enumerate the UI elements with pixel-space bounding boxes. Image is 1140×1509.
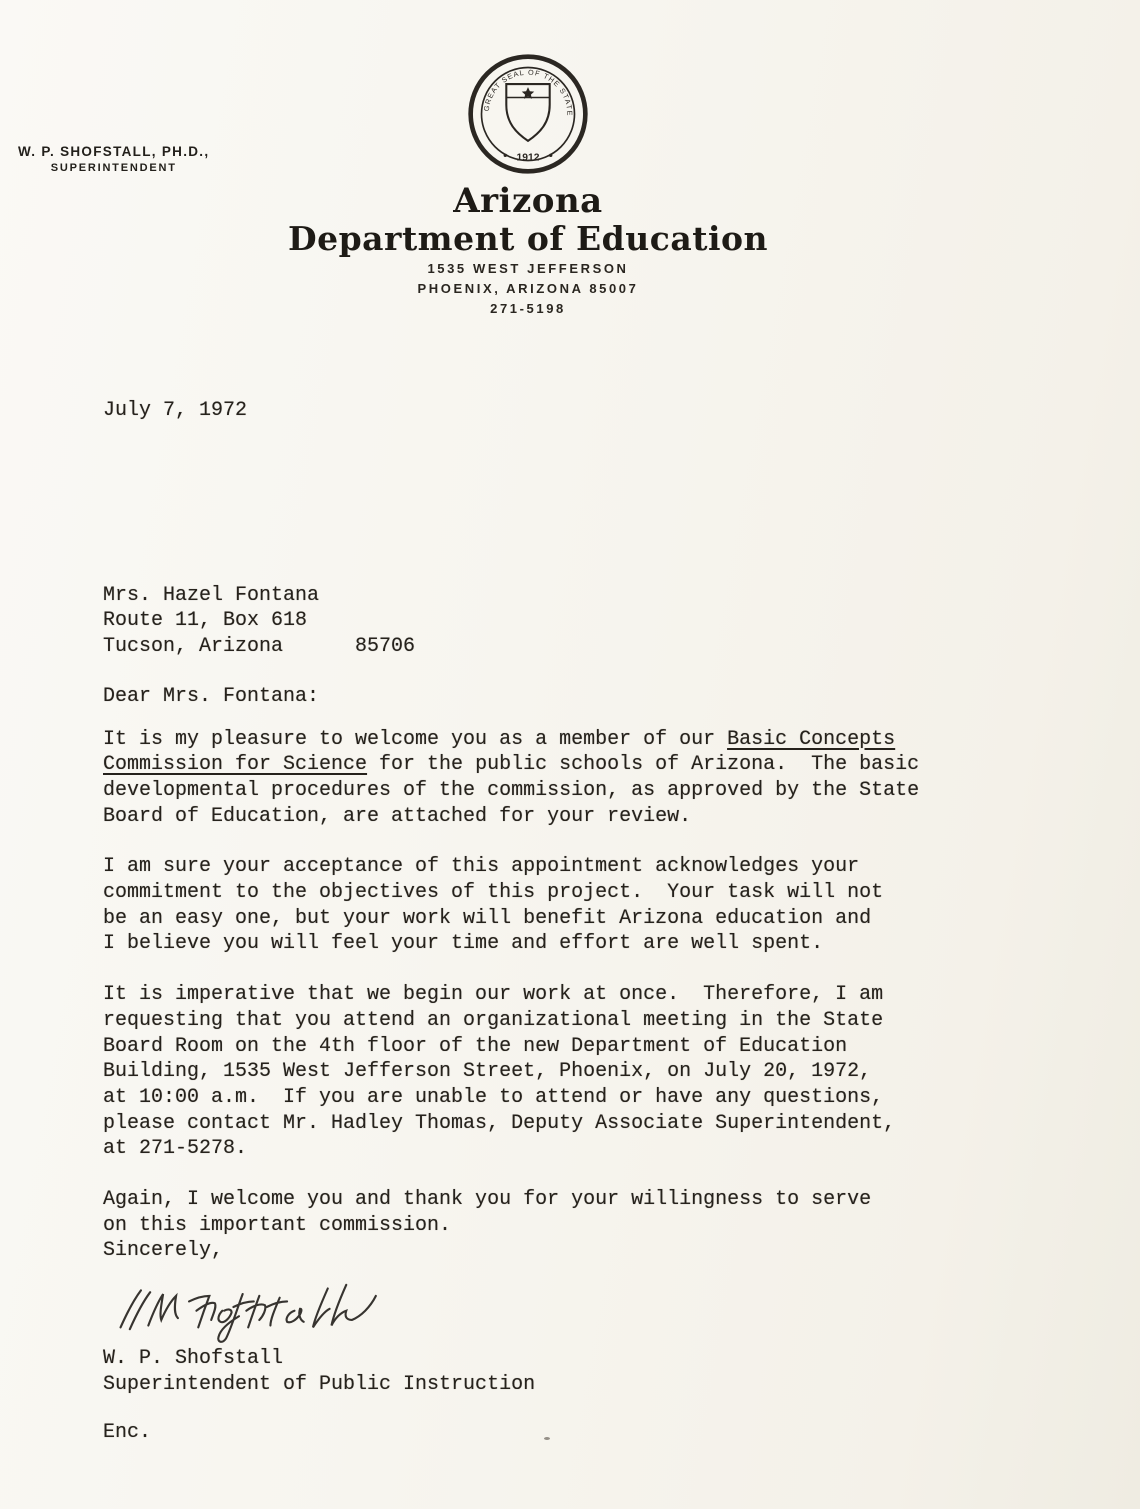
recipient-address: Mrs. Hazel FontanaRoute 11, Box 618Tucso… <box>103 583 983 660</box>
paragraph-line: I am sure your acceptance of this appoin… <box>103 854 983 880</box>
recipient-line: Mrs. Hazel Fontana <box>103 583 983 609</box>
arizona-state-seal-icon: GREAT SEAL OF THE STATE OF ARIZONA 1912 <box>466 52 590 176</box>
letterhead: GREAT SEAL OF THE STATE OF ARIZONA 1912 … <box>178 52 878 318</box>
paragraph-line: It is my pleasure to welcome you as a me… <box>103 727 983 753</box>
paragraph-line: commitment to the objectives of this pro… <box>103 880 983 906</box>
org-state: Arizona <box>178 183 878 219</box>
org-address-line2: PHOENIX, ARIZONA 85007 <box>178 280 878 298</box>
letter-date: July 7, 1972 <box>103 398 983 424</box>
closing: Sincerely, <box>103 1238 983 1264</box>
letter-body: It is my pleasure to welcome you as a me… <box>103 727 983 1239</box>
paragraph-line: at 10:00 a.m. If you are unable to atten… <box>103 1085 983 1111</box>
paragraph-line: please contact Mr. Hadley Thomas, Deputy… <box>103 1111 983 1137</box>
paragraph-line: Board of Education, are attached for you… <box>103 804 983 830</box>
underlined-text: Basic Concepts <box>727 728 895 751</box>
signature-title: Superintendent of Public Instruction <box>103 1372 983 1398</box>
paragraph-line: at 271-5278. <box>103 1136 983 1162</box>
recipient-line: Tucson, Arizona 85706 <box>103 634 983 660</box>
paragraph: It is my pleasure to welcome you as a me… <box>103 727 983 830</box>
paragraph-line: be an easy one, but your work will benef… <box>103 906 983 932</box>
enclosure-note: Enc. <box>103 1420 983 1446</box>
paragraph-line: Building, 1535 West Jefferson Street, Ph… <box>103 1059 983 1085</box>
paragraph-line: I believe you will feel your time and ef… <box>103 931 983 957</box>
salutation: Dear Mrs. Fontana: <box>103 684 983 710</box>
org-address-line1: 1535 WEST JEFFERSON <box>178 260 878 278</box>
recipient-line: Route 11, Box 618 <box>103 608 983 634</box>
paragraph-line: requesting that you attend an organizati… <box>103 1008 983 1034</box>
handwritten-signature-icon <box>91 1270 411 1344</box>
paragraph: Again, I welcome you and thank you for y… <box>103 1187 983 1238</box>
letter-content: July 7, 1972 Mrs. Hazel FontanaRoute 11,… <box>103 398 983 1445</box>
paragraph-line: Board Room on the 4th floor of the new D… <box>103 1034 983 1060</box>
underlined-text: Commission for Science <box>103 753 367 776</box>
seal-year: 1912 <box>517 153 540 164</box>
paragraph: I am sure your acceptance of this appoin… <box>103 854 983 957</box>
paragraph-line: developmental procedures of the commissi… <box>103 778 983 804</box>
org-phone: 271-5198 <box>178 300 878 318</box>
org-name: Department of Education <box>178 220 878 258</box>
scanned-letter-page: W. P. SHOFSTALL, PH.D., SUPERINTENDENT G… <box>0 0 1140 1509</box>
paragraph-line: It is imperative that we begin our work … <box>103 982 983 1008</box>
scan-artifact-speck <box>544 1437 550 1440</box>
paragraph-line: on this important commission. <box>103 1213 983 1239</box>
signature-name: W. P. Shofstall <box>103 1346 983 1372</box>
paragraph-line: Again, I welcome you and thank you for y… <box>103 1187 983 1213</box>
paragraph: It is imperative that we begin our work … <box>103 982 983 1162</box>
paragraph-line: Commission for Science for the public sc… <box>103 752 983 778</box>
